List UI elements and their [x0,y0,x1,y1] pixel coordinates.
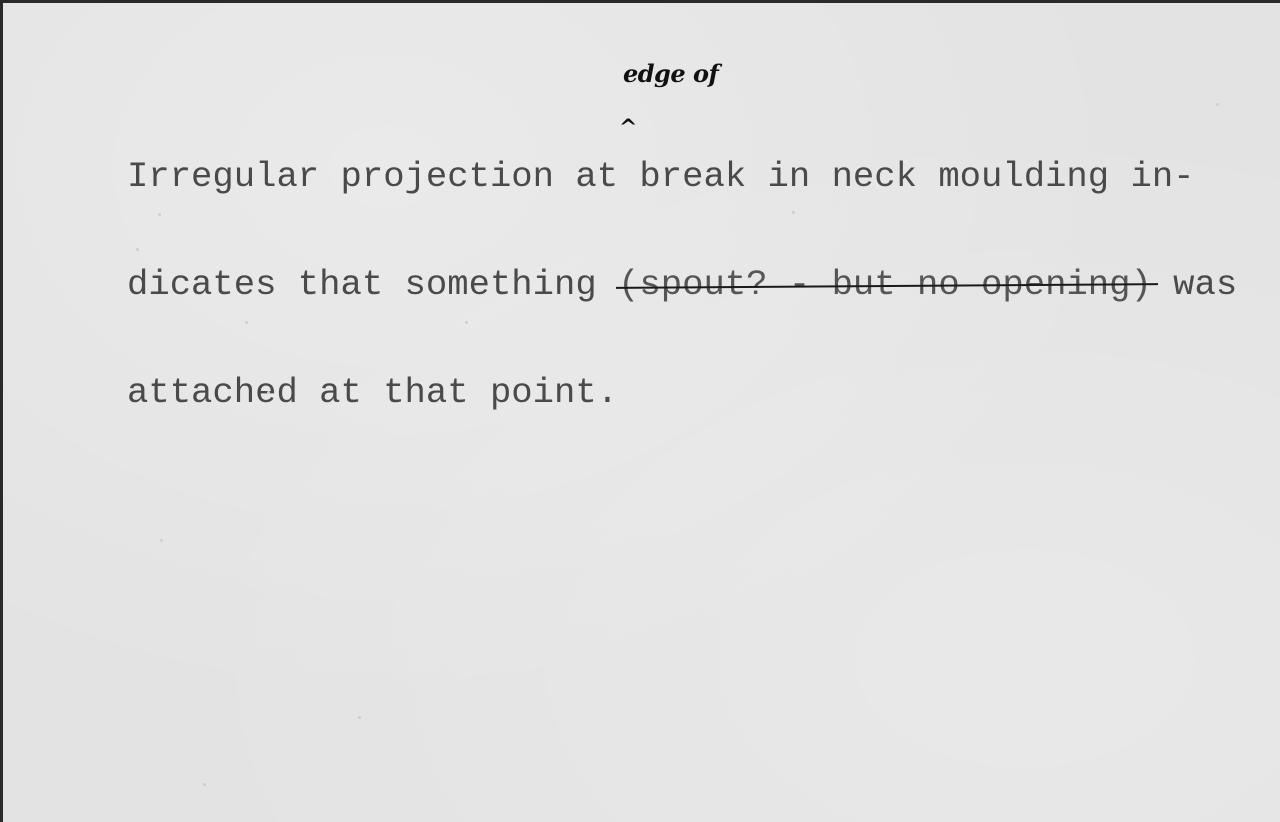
typed-text-block: Irregular projection at break in neck mo… [127,87,1237,483]
paper-speck [245,321,248,324]
index-card: Irregular projection at break in neck mo… [3,3,1280,822]
line-2-text-before: dicates that something [127,264,618,305]
paper-speck [465,321,468,324]
paper-speck [267,391,270,394]
paper-speck [1216,103,1219,106]
paper-speck [160,539,163,542]
line-3-text: attached at that point. [127,372,618,413]
line-2-text-after: was [1152,264,1237,305]
typed-line-3: attached at that point. [127,375,1237,411]
paper-speck [158,213,161,216]
handwritten-insertion: edge of [623,59,718,88]
paper-speck [136,248,139,251]
insertion-caret-icon: ^ [619,115,637,141]
line-1-text-after: break in neck moulding in- [618,156,1194,197]
paper-speck [792,211,795,214]
struck-through-text: (spout? - but no opening) [618,264,1152,305]
paper-speck [203,783,206,786]
typed-line-2: dicates that something (spout? - but no … [127,267,1237,303]
typed-line-1: Irregular projection at break in neck mo… [127,159,1237,195]
line-1-text-before: Irregular projection at [127,156,618,197]
paper-speck [358,716,361,719]
